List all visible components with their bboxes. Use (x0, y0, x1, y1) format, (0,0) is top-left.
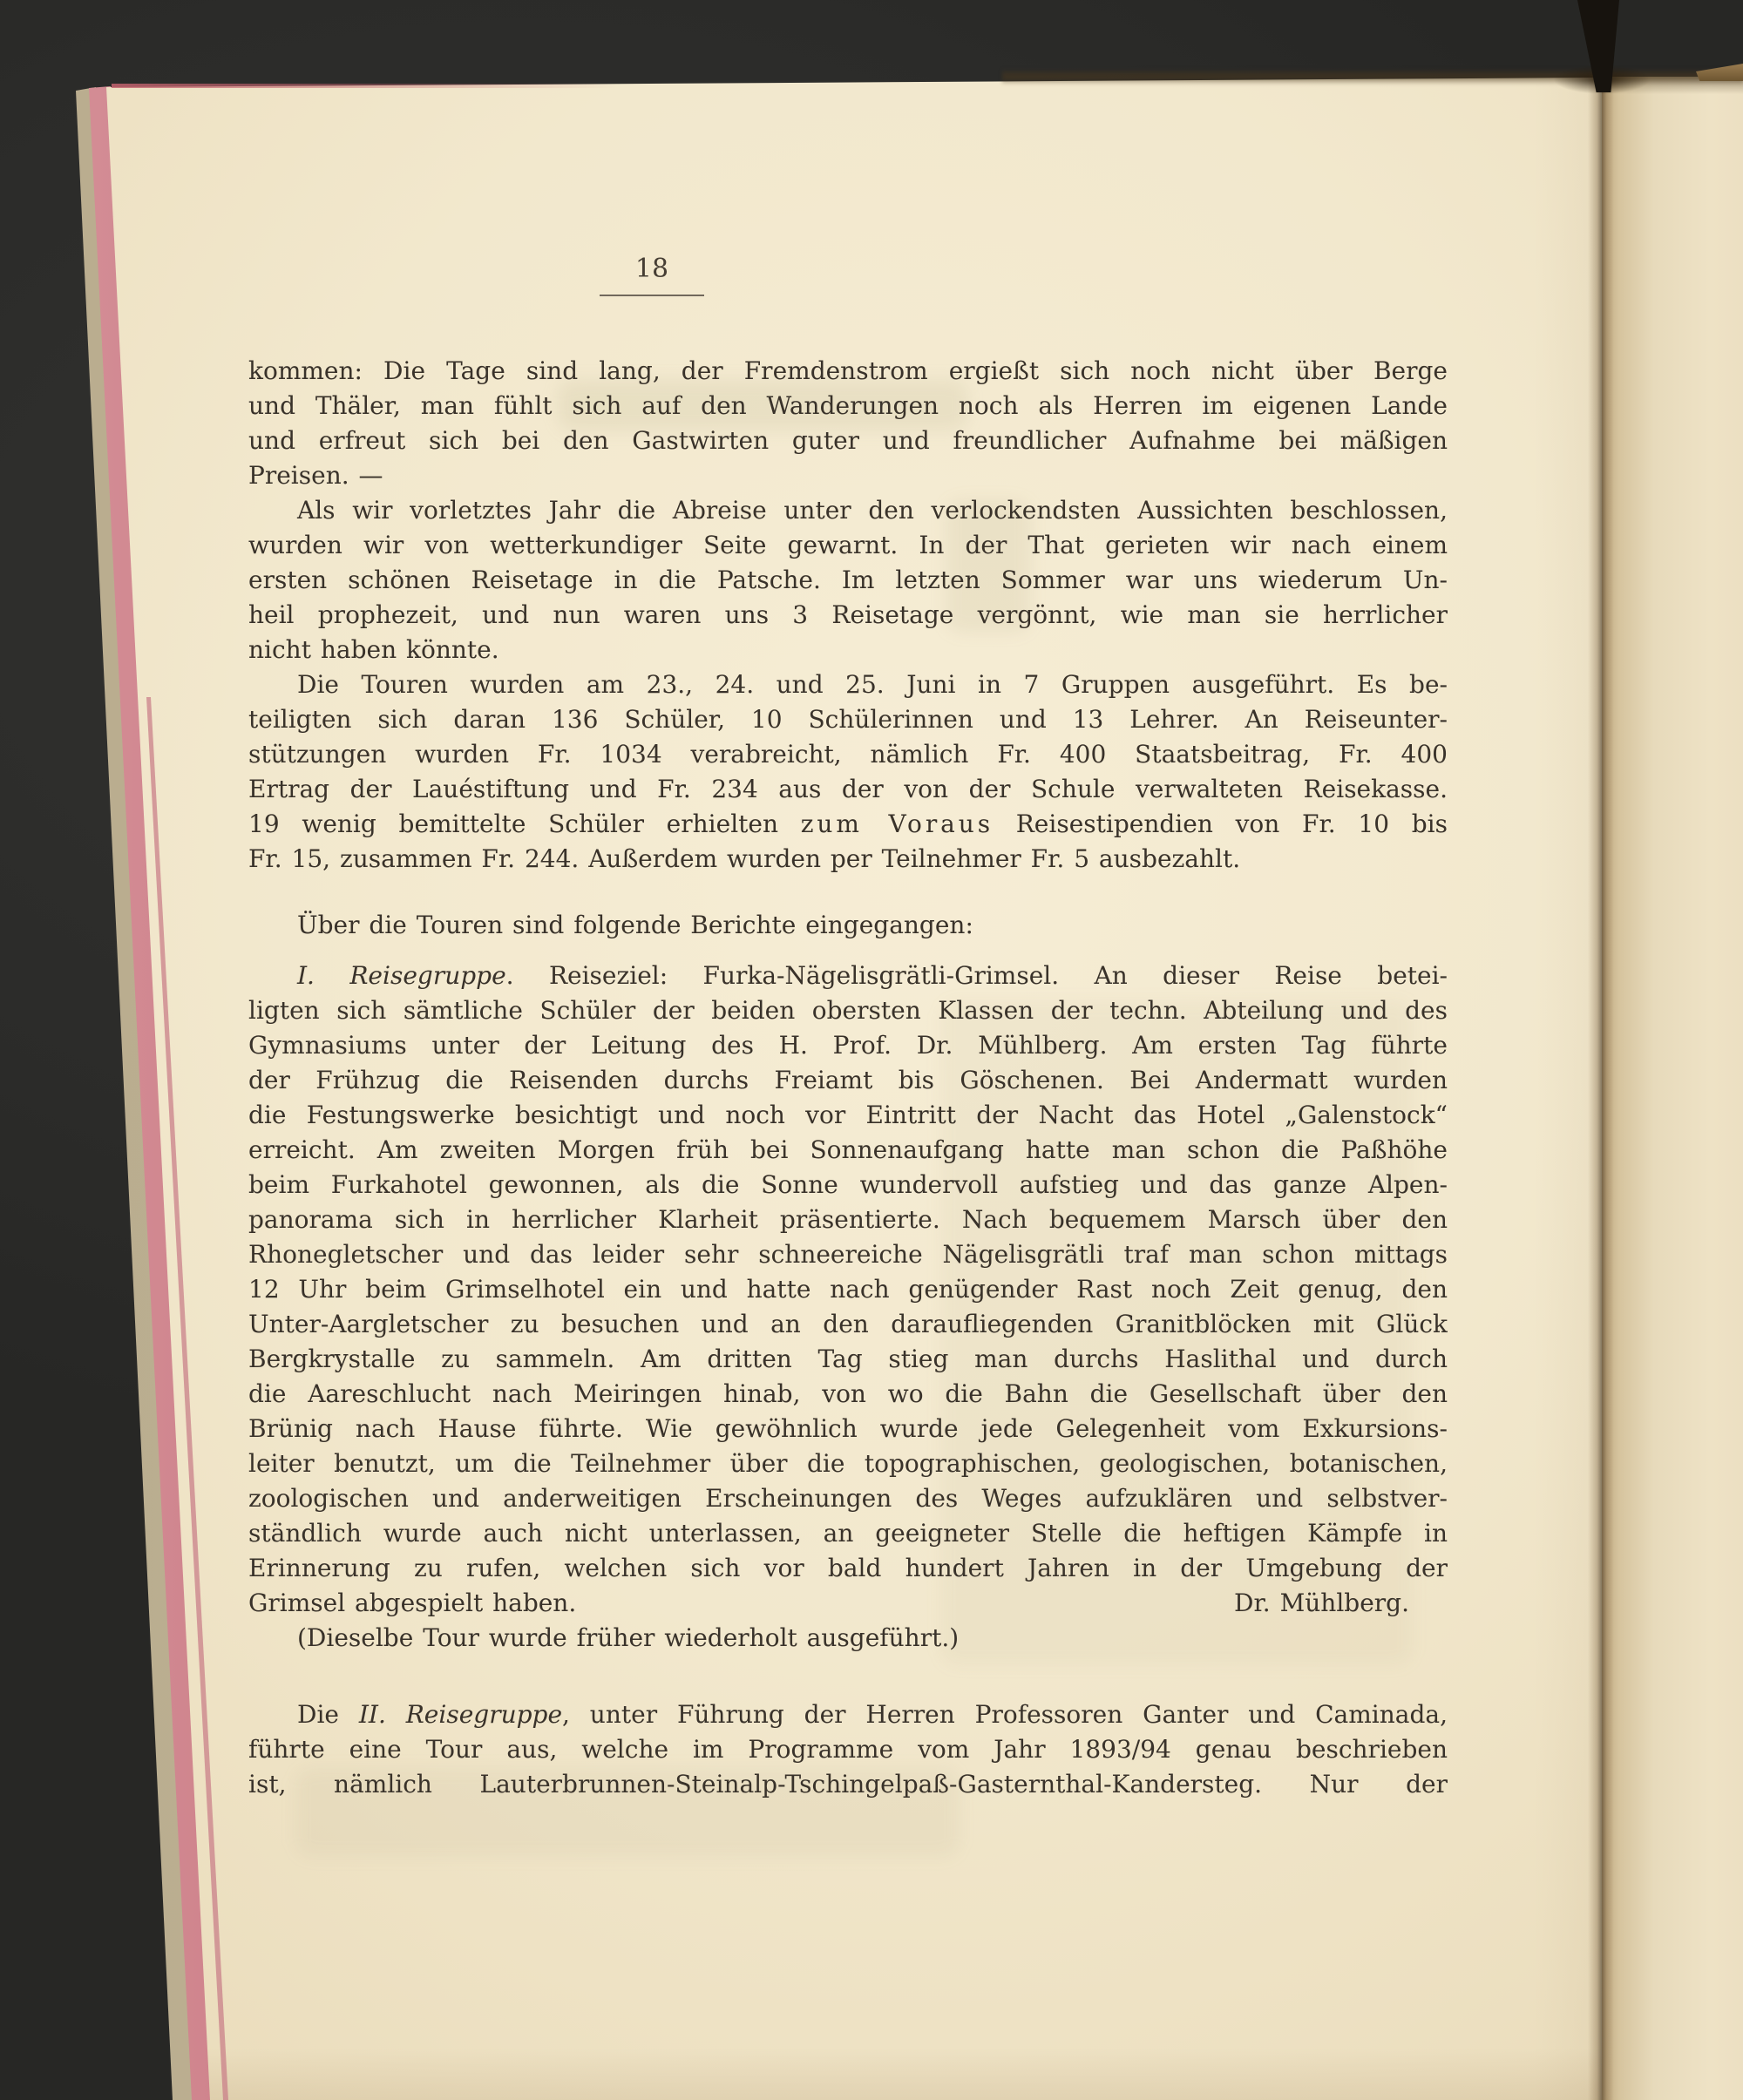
text-line: stützungen wurden Fr. 1034 verabreicht, … (248, 737, 1448, 772)
text-line: kommen: Die Tage sind lang, der Fremdens… (248, 354, 1448, 389)
text-line: erreicht. Am zweiten Morgen früh bei Son… (248, 1133, 1448, 1168)
text-line-content: Die Touren wurden am 23., 24. und 25. Ju… (297, 670, 1448, 699)
text-line-content: ersten schönen Reisetage in die Patsche.… (248, 566, 1448, 594)
text-line: ist, nämlich Lauterbrunnen-Steinalp-Tsch… (248, 1767, 1448, 1802)
text-line: 19 wenig bemittelte Schüler erhielten zu… (248, 807, 1448, 842)
signature: Dr. Mühlberg. (1234, 1586, 1448, 1621)
text-line-content: Unter-Aargletscher zu besuchen und an de… (248, 1310, 1448, 1338)
text-line: beim Furkahotel gewonnen, als die Sonne … (248, 1168, 1448, 1202)
text-line-content: 12 Uhr beim Grimselhotel ein und hatte n… (248, 1275, 1448, 1304)
text-line-content: I. Reisegruppe. Reiseziel: Furka-Nägelis… (297, 961, 1448, 990)
text-line-content: leiter benutzt, um die Teilnehmer über d… (248, 1449, 1448, 1478)
text-line: zoologischen und anderweitigen Erscheinu… (248, 1481, 1448, 1516)
text-line-content: die Aareschlucht nach Meiringen hinab, v… (248, 1379, 1448, 1408)
text-line-content: Fr. 15, zusammen Fr. 244. Außerdem wurde… (248, 844, 1240, 873)
text-line: leiter benutzt, um die Teilnehmer über d… (248, 1446, 1448, 1481)
text-line-content: ständlich wurde auch nicht unterlassen, … (248, 1519, 1448, 1548)
text-line: Bergkrystalle zu sammeln. Am dritten Tag… (248, 1342, 1448, 1377)
page-number-rule (600, 295, 704, 296)
text-line: Ertrag der Lauéstiftung und Fr. 234 aus … (248, 772, 1448, 807)
text-line-content: Als wir vorletztes Jahr die Abreise unte… (297, 496, 1448, 525)
text-line: heil prophezeit, und nun waren uns 3 Rei… (248, 598, 1448, 633)
text-line: I. Reisegruppe. Reiseziel: Furka-Nägelis… (248, 959, 1448, 993)
paragraph-weather: Als wir vorletztes Jahr die Abreise unte… (248, 493, 1448, 667)
text-line-content: und erfreut sich bei den Gastwirten gute… (248, 426, 1448, 455)
text-line-content: Bergkrystalle zu sammeln. Am dritten Tag… (248, 1345, 1448, 1373)
text-line-content: Erinnerung zu rufen, welchen sich vor ba… (248, 1554, 1448, 1582)
text-line-content: Rhonegletscher und das leider sehr schne… (248, 1240, 1448, 1269)
scanned-book-spread: 18 kommen: Die Tage sind lang, der Fremd… (0, 0, 1743, 2100)
paragraph-tour-statistics: Die Touren wurden am 23., 24. und 25. Ju… (248, 667, 1448, 877)
text-line: ligten sich sämtliche Schüler der beiden… (248, 993, 1448, 1028)
page-text: kommen: Die Tage sind lang, der Fremdens… (248, 354, 1448, 1802)
text-line: ständlich wurde auch nicht unterlassen, … (248, 1516, 1448, 1551)
text-line-content: beim Furkahotel gewonnen, als die Sonne … (248, 1170, 1448, 1199)
text-line-content: wurden wir von wetterkundiger Seite gewa… (248, 531, 1448, 559)
text-line: panorama sich in herrlicher Klarheit prä… (248, 1202, 1448, 1237)
text-line-content: führte eine Tour aus, welche im Programm… (248, 1735, 1448, 1764)
text-line-content: (Dieselbe Tour wurde früher wiederholt a… (297, 1623, 959, 1652)
text-line: Brünig nach Hause führte. Wie gewöhnlich… (248, 1412, 1448, 1446)
text-line: führte eine Tour aus, welche im Programm… (248, 1732, 1448, 1767)
text-line-content: zoologischen und anderweitigen Erscheinu… (248, 1484, 1448, 1513)
text-line: Preisen. — (248, 458, 1448, 493)
text-line: ersten schönen Reisetage in die Patsche.… (248, 563, 1448, 598)
paragraph-reisegruppe-1: I. Reisegruppe. Reiseziel: Furka-Nägelis… (248, 959, 1448, 1621)
text-line-content: Brünig nach Hause führte. Wie gewöhnlich… (248, 1414, 1448, 1443)
text-line: teiligten sich daran 136 Schüler, 10 Sch… (248, 702, 1448, 737)
text-line: und Thäler, man fühlt sich auf den Wande… (248, 389, 1448, 423)
text-line: Erinnerung zu rufen, welchen sich vor ba… (248, 1551, 1448, 1586)
paragraph-reports-intro: Über die Touren sind folgende Berichte e… (248, 908, 1448, 943)
text-line: Die Touren wurden am 23., 24. und 25. Ju… (248, 667, 1448, 702)
text-line: nicht haben könnte. (248, 633, 1448, 667)
text-line: Rhonegletscher und das leider sehr schne… (248, 1237, 1448, 1272)
text-line: Über die Touren sind folgende Berichte e… (248, 908, 1448, 943)
text-line-content: Preisen. — (248, 461, 383, 490)
text-line-content: Die II. Reisegruppe, unter Führung der H… (297, 1700, 1448, 1729)
text-line-content: Grimsel abgespielt haben. (248, 1586, 576, 1621)
text-line-content: ist, nämlich Lauterbrunnen-Steinalp-Tsch… (248, 1770, 1448, 1799)
text-line-content: nicht haben könnte. (248, 635, 499, 664)
text-line: Unter-Aargletscher zu besuchen und an de… (248, 1307, 1448, 1342)
text-line: (Dieselbe Tour wurde früher wiederholt a… (248, 1621, 1448, 1656)
text-line-content: teiligten sich daran 136 Schüler, 10 Sch… (248, 705, 1448, 734)
page-number-text: 18 (635, 254, 668, 284)
text-line: die Festungswerke besichtigt und noch vo… (248, 1098, 1448, 1133)
text-line: Fr. 15, zusammen Fr. 244. Außerdem wurde… (248, 842, 1448, 877)
text-line-content: panorama sich in herrlicher Klarheit prä… (248, 1205, 1448, 1234)
paragraph-continuation: kommen: Die Tage sind lang, der Fremdens… (248, 354, 1448, 493)
text-line-content: erreicht. Am zweiten Morgen früh bei Son… (248, 1135, 1448, 1164)
text-line-content: Gymnasiums unter der Leitung des H. Prof… (248, 1031, 1448, 1060)
text-line-content: ligten sich sämtliche Schüler der beiden… (248, 996, 1448, 1025)
text-line: und erfreut sich bei den Gastwirten gute… (248, 423, 1448, 458)
top-edge-pink-stain (112, 84, 617, 88)
page-number: 18 (600, 254, 704, 296)
text-line-content: und Thäler, man fühlt sich auf den Wande… (248, 391, 1448, 420)
cover-edge (1696, 64, 1743, 81)
text-line-content: kommen: Die Tage sind lang, der Fremdens… (248, 356, 1448, 385)
text-line-content: heil prophezeit, und nun waren uns 3 Rei… (248, 600, 1448, 629)
text-line-content: Über die Touren sind folgende Berichte e… (297, 911, 973, 939)
text-line-content: stützungen wurden Fr. 1034 verabreicht, … (248, 740, 1448, 769)
paragraph-reisegruppe-2: Die II. Reisegruppe, unter Führung der H… (248, 1697, 1448, 1802)
text-line: die Aareschlucht nach Meiringen hinab, v… (248, 1377, 1448, 1412)
text-line: Als wir vorletztes Jahr die Abreise unte… (248, 493, 1448, 528)
text-line: wurden wir von wetterkundiger Seite gewa… (248, 528, 1448, 563)
text-line: Die II. Reisegruppe, unter Führung der H… (248, 1697, 1448, 1732)
text-line-content: die Festungswerke besichtigt und noch vo… (248, 1101, 1448, 1129)
text-line: der Frühzug die Reisenden durchs Freiamt… (248, 1063, 1448, 1098)
text-line: Grimsel abgespielt haben.Dr. Mühlberg. (248, 1586, 1448, 1621)
text-line-content: der Frühzug die Reisenden durchs Freiamt… (248, 1066, 1448, 1094)
text-line: 12 Uhr beim Grimselhotel ein und hatte n… (248, 1272, 1448, 1307)
facing-page (1602, 77, 1743, 2100)
text-line-content: Ertrag der Lauéstiftung und Fr. 234 aus … (248, 775, 1448, 803)
text-line-content: 19 wenig bemittelte Schüler erhielten zu… (248, 810, 1448, 838)
paragraph-note: (Dieselbe Tour wurde früher wiederholt a… (248, 1621, 1448, 1656)
text-line: Gymnasiums unter der Leitung des H. Prof… (248, 1028, 1448, 1063)
